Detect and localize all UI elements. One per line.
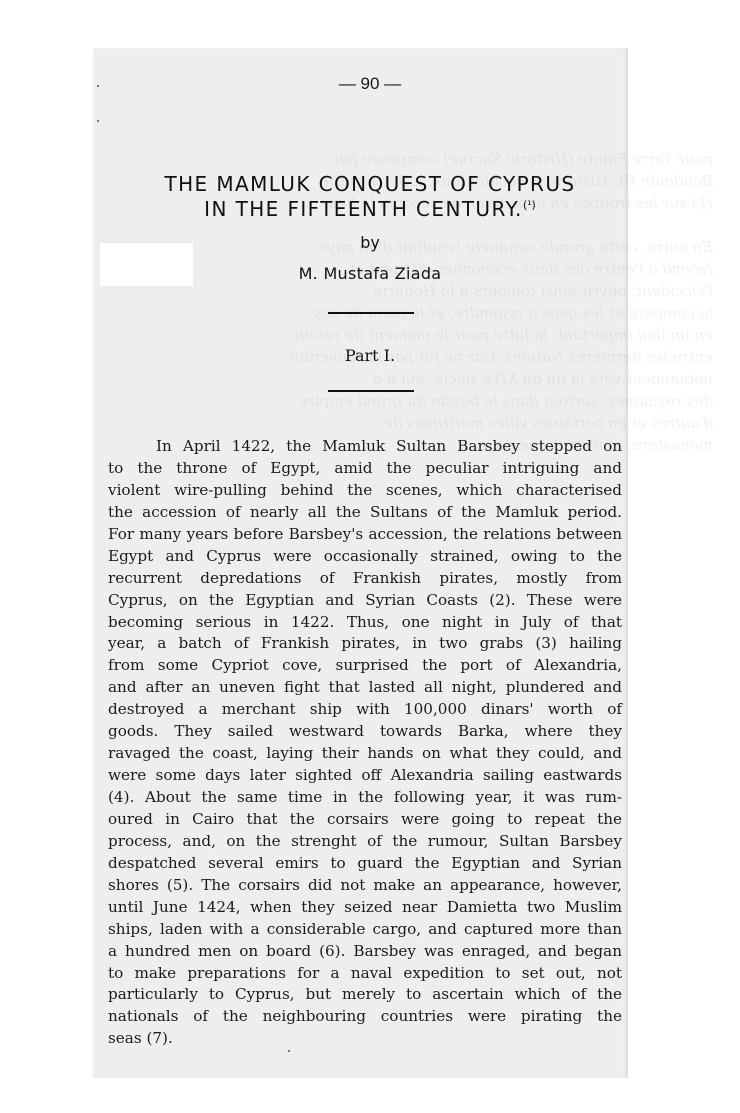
body-line: process, and, on the strenght of the rum… bbox=[108, 831, 622, 853]
footnote-marker: (¹) bbox=[523, 198, 536, 211]
body-line: a hundred men on board (6). Barsbey was … bbox=[108, 941, 622, 963]
bleed-line: la compare et les gens a rejoindre, et l… bbox=[243, 302, 713, 324]
horizontal-rule-bottom bbox=[328, 390, 414, 392]
article-title-line-1: THE MAMLUK CONQUEST OF CYPRUS bbox=[0, 172, 740, 196]
body-line: and after an uneven fight that lasted al… bbox=[108, 677, 622, 699]
body-line: (4). About the same time in the followin… bbox=[108, 787, 622, 809]
bleed-line: pour Terre Sainte (Historia Sacrae) comp… bbox=[243, 148, 713, 170]
speck bbox=[97, 85, 99, 87]
part-heading: Part I. bbox=[0, 346, 740, 365]
body-line: becoming serious in 1422. Thus, one nigh… bbox=[108, 612, 622, 634]
page-number: — 90 — bbox=[0, 74, 740, 94]
body-line: oured in Cairo that the corsairs were go… bbox=[108, 809, 622, 831]
body-line: year, a batch of Frankish pirates, in tw… bbox=[108, 633, 622, 655]
body-line: Cyprus, on the Egyptian and Syrian Coast… bbox=[108, 590, 622, 612]
body-line: destroyed a merchant ship with 100,000 d… bbox=[108, 699, 622, 721]
speck bbox=[97, 120, 99, 122]
bleed-line: notamment vers la fin du XIVe siecle, qu… bbox=[243, 368, 713, 390]
bleed-line: en un lieu important, la lutte pour le m… bbox=[243, 324, 713, 346]
body-line: to the throne of Egypt, amid the peculia… bbox=[108, 458, 622, 480]
body-line: particularly to Cyprus, but merely to as… bbox=[108, 984, 622, 1006]
body-line: despatched several emirs to guard the Eg… bbox=[108, 853, 622, 875]
speck bbox=[288, 1050, 290, 1052]
body-line: ravaged the coast, laying their hands on… bbox=[108, 743, 622, 765]
body-line: Egypt and Cyprus were occasionally strai… bbox=[108, 546, 622, 568]
author-name: M. Mustafa Ziada bbox=[0, 264, 740, 283]
body-line: goods. They sailed westward towards Bark… bbox=[108, 721, 622, 743]
bleed-line: l'Occident, ouvrit ainsi toujours a la H… bbox=[243, 280, 713, 302]
body-line: recurrent depredations of Frankish pirat… bbox=[108, 568, 622, 590]
body-line: shores (5). The corsairs did not make an… bbox=[108, 875, 622, 897]
horizontal-rule-top bbox=[328, 312, 414, 314]
body-line: to make preparations for a naval expedit… bbox=[108, 963, 622, 985]
body-line: seas (7). bbox=[108, 1028, 622, 1050]
body-line: violent wire-pulling behind the scenes, … bbox=[108, 480, 622, 502]
body-line: In April 1422, the Mamluk Sultan Barsbey… bbox=[108, 436, 622, 458]
body-line: ships, laden with a considerable cargo, … bbox=[108, 919, 622, 941]
body-line: For many years before Barsbey's accessio… bbox=[108, 524, 622, 546]
body-line: were some days later sighted off Alexand… bbox=[108, 765, 622, 787]
bleed-line: des royaumes, surtout dans le bassin du … bbox=[243, 390, 713, 412]
article-title-line-2-text: IN THE FIFTEENTH CENTURY. bbox=[204, 197, 523, 221]
bleed-line: d'autres et en certaines villes maritime… bbox=[243, 412, 713, 434]
body-line: until June 1424, when they seized near D… bbox=[108, 897, 622, 919]
body-line: nationals of the neighbouring countries … bbox=[108, 1006, 622, 1028]
article-title-line-2: IN THE FIFTEENTH CENTURY.(¹) bbox=[0, 197, 740, 221]
body-line: from some Cypriot cove, surprised the po… bbox=[108, 655, 622, 677]
article-body: In April 1422, the Mamluk Sultan Barsbey… bbox=[108, 436, 622, 1050]
body-line: the accession of nearly all the Sultans … bbox=[108, 502, 622, 524]
